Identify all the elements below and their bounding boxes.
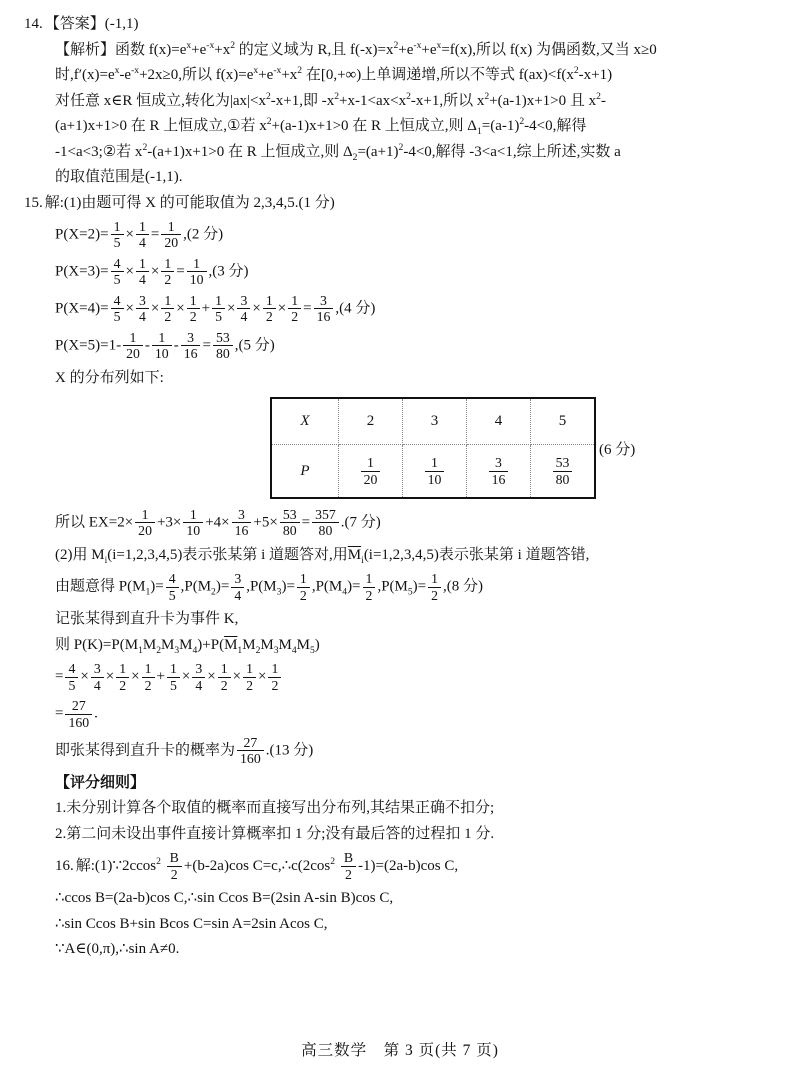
q15-number: 15. (24, 195, 45, 211)
q16-line-3: ∴sin Ccos B+sin Bcos C=sin A=2sin Acos C… (55, 913, 780, 936)
q15-part2-definition-line: (2)用 Mi(i=1,2,3,4,5)表示张某第 i 道题答对,用Mi(i=1… (55, 544, 780, 567)
q16-line-1-text: 解:(1)∵2ccos2 B2+(b-2a)cos C=c,∴c(2cos2 B… (76, 858, 458, 874)
distribution-p-row: P 120 110 316 5380 (271, 445, 595, 499)
exam-solution-page: 14.【答案】(-1,1) 【解析】函数 f(x)=ex+e-x+x2 的定义域… (0, 0, 800, 1086)
q16-number: 16. (55, 858, 76, 874)
q15-pk-product-line: =45×34×12×12+15×34×12×12×12 (55, 661, 780, 693)
question-15-solution: 15.解:(1)由题可得 X 的可能取值为 2,3,4,5.(1 分) P(X=… (24, 192, 780, 846)
distribution-x-row: X 2 3 4 5 (271, 398, 595, 445)
dist-p-label-cell: P (271, 445, 339, 499)
q15-prob-x4: P(X=4)=45×34×12×12+15×34×12×12=316,(4 分) (55, 293, 780, 325)
dist-x-label-cell: X (271, 398, 339, 445)
question-14-solution: 14.【答案】(-1,1) 【解析】函数 f(x)=ex+e-x+x2 的定义域… (24, 13, 780, 189)
q15-prob-x2: P(X=2)=15×14=120,(2 分) (55, 219, 780, 251)
q15-event-k-line: 记张某得到直升卡为事件 K, (55, 608, 780, 631)
rubric-title: 【评分细则】 (55, 772, 780, 795)
dist-p-value-cell: 5380 (531, 445, 596, 499)
q15-conclusion-line: 即张某得到直升卡的概率为27160.(13 分) (55, 735, 780, 767)
q15-prob-x5: P(X=5)=1-120-110-316=5380,(5 分) (55, 330, 780, 362)
table-score-label: (6 分) (599, 438, 635, 459)
dist-x-value-cell: 5 (531, 398, 596, 445)
q15-pk-result-line: =27160. (55, 698, 780, 730)
q14-analysis-line-4: (a+1)x+1>0 在 R 上恒成立,①若 x2+(a-1)x+1>0 在 R… (55, 115, 780, 138)
q14-answer-text: 【答案】(-1,1) (45, 16, 139, 32)
q14-analysis-line-3: 对任意 x∈R 恒成立,转化为|ax|<x2-x+1,即 -x2+x-1<ax<… (55, 90, 780, 113)
q16-line-2: ∴ccos B=(2a-b)cos C,∴sin Ccos B=(2sin A-… (55, 887, 780, 910)
question-16-solution: 16.解:(1)∵2ccos2 B2+(b-2a)cos C=c,∴c(2cos… (24, 850, 780, 960)
q14-number: 14. (24, 16, 45, 32)
dist-x-value-cell: 3 (403, 398, 467, 445)
q14-analysis-line-5: -1<a<3;②若 x2-(a+1)x+1>0 在 R 上恒成立,则 Δ2=(a… (55, 141, 780, 164)
q15-prob-x3: P(X=3)=45×14×12=110,(3 分) (55, 256, 780, 288)
page-footer: 高三数学 第 3 页(共 7 页) (0, 1038, 800, 1060)
dist-p-value-cell: 120 (339, 445, 403, 499)
dist-x-value-cell: 4 (467, 398, 531, 445)
q14-analysis-line-1: 【解析】函数 f(x)=ex+e-x+x2 的定义域为 R,且 f(-x)=x2… (55, 39, 780, 62)
q15-expectation-line: 所以 EX=2×120+3×110+4×316+5×5380=35780.(7 … (55, 507, 780, 539)
distribution-table-area: X 2 3 4 5 P 120 110 316 5380 (6 分) (270, 397, 780, 499)
q15-distribution-label: X 的分布列如下: (55, 367, 780, 390)
q14-analysis-line-2: 时,f′(x)=ex-e-x+2x≥0,所以 f(x)=ex+e-x+x2 在[… (55, 64, 780, 87)
q15-head-line: 15.解:(1)由题可得 X 的可能取值为 2,3,4,5.(1 分) (24, 192, 780, 215)
q15-pk-expansion-line: 则 P(K)=P(M1M2M3M4)+P(M1M2M3M4M5) (55, 634, 780, 657)
q14-analysis-line-6: 的取值范围是(-1,1). (55, 166, 780, 189)
dist-p-value-cell: 316 (467, 445, 531, 499)
q16-line-1: 16.解:(1)∵2ccos2 B2+(b-2a)cos C=c,∴c(2cos… (55, 850, 780, 882)
distribution-table: X 2 3 4 5 P 120 110 316 5380 (270, 397, 596, 499)
dist-p-value-cell: 110 (403, 445, 467, 499)
q15-event-probabilities-line: 由题意得 P(M1)=45,P(M2)=34,P(M3)=12,P(M4)=12… (55, 571, 780, 603)
q16-line-4: ∵A∈(0,π),∴sin A≠0. (55, 938, 780, 961)
dist-x-value-cell: 2 (339, 398, 403, 445)
q15-head-text: 解:(1)由题可得 X 的可能取值为 2,3,4,5.(1 分) (45, 195, 335, 211)
rubric-item-2: 2.第二问未设出事件直接计算概率扣 1 分;没有最后答的过程扣 1 分. (55, 823, 780, 846)
rubric-item-1: 1.未分别计算各个取值的概率而直接写出分布列,其结果正确不扣分; (55, 797, 780, 820)
q14-answer-line: 14.【答案】(-1,1) (24, 13, 780, 36)
